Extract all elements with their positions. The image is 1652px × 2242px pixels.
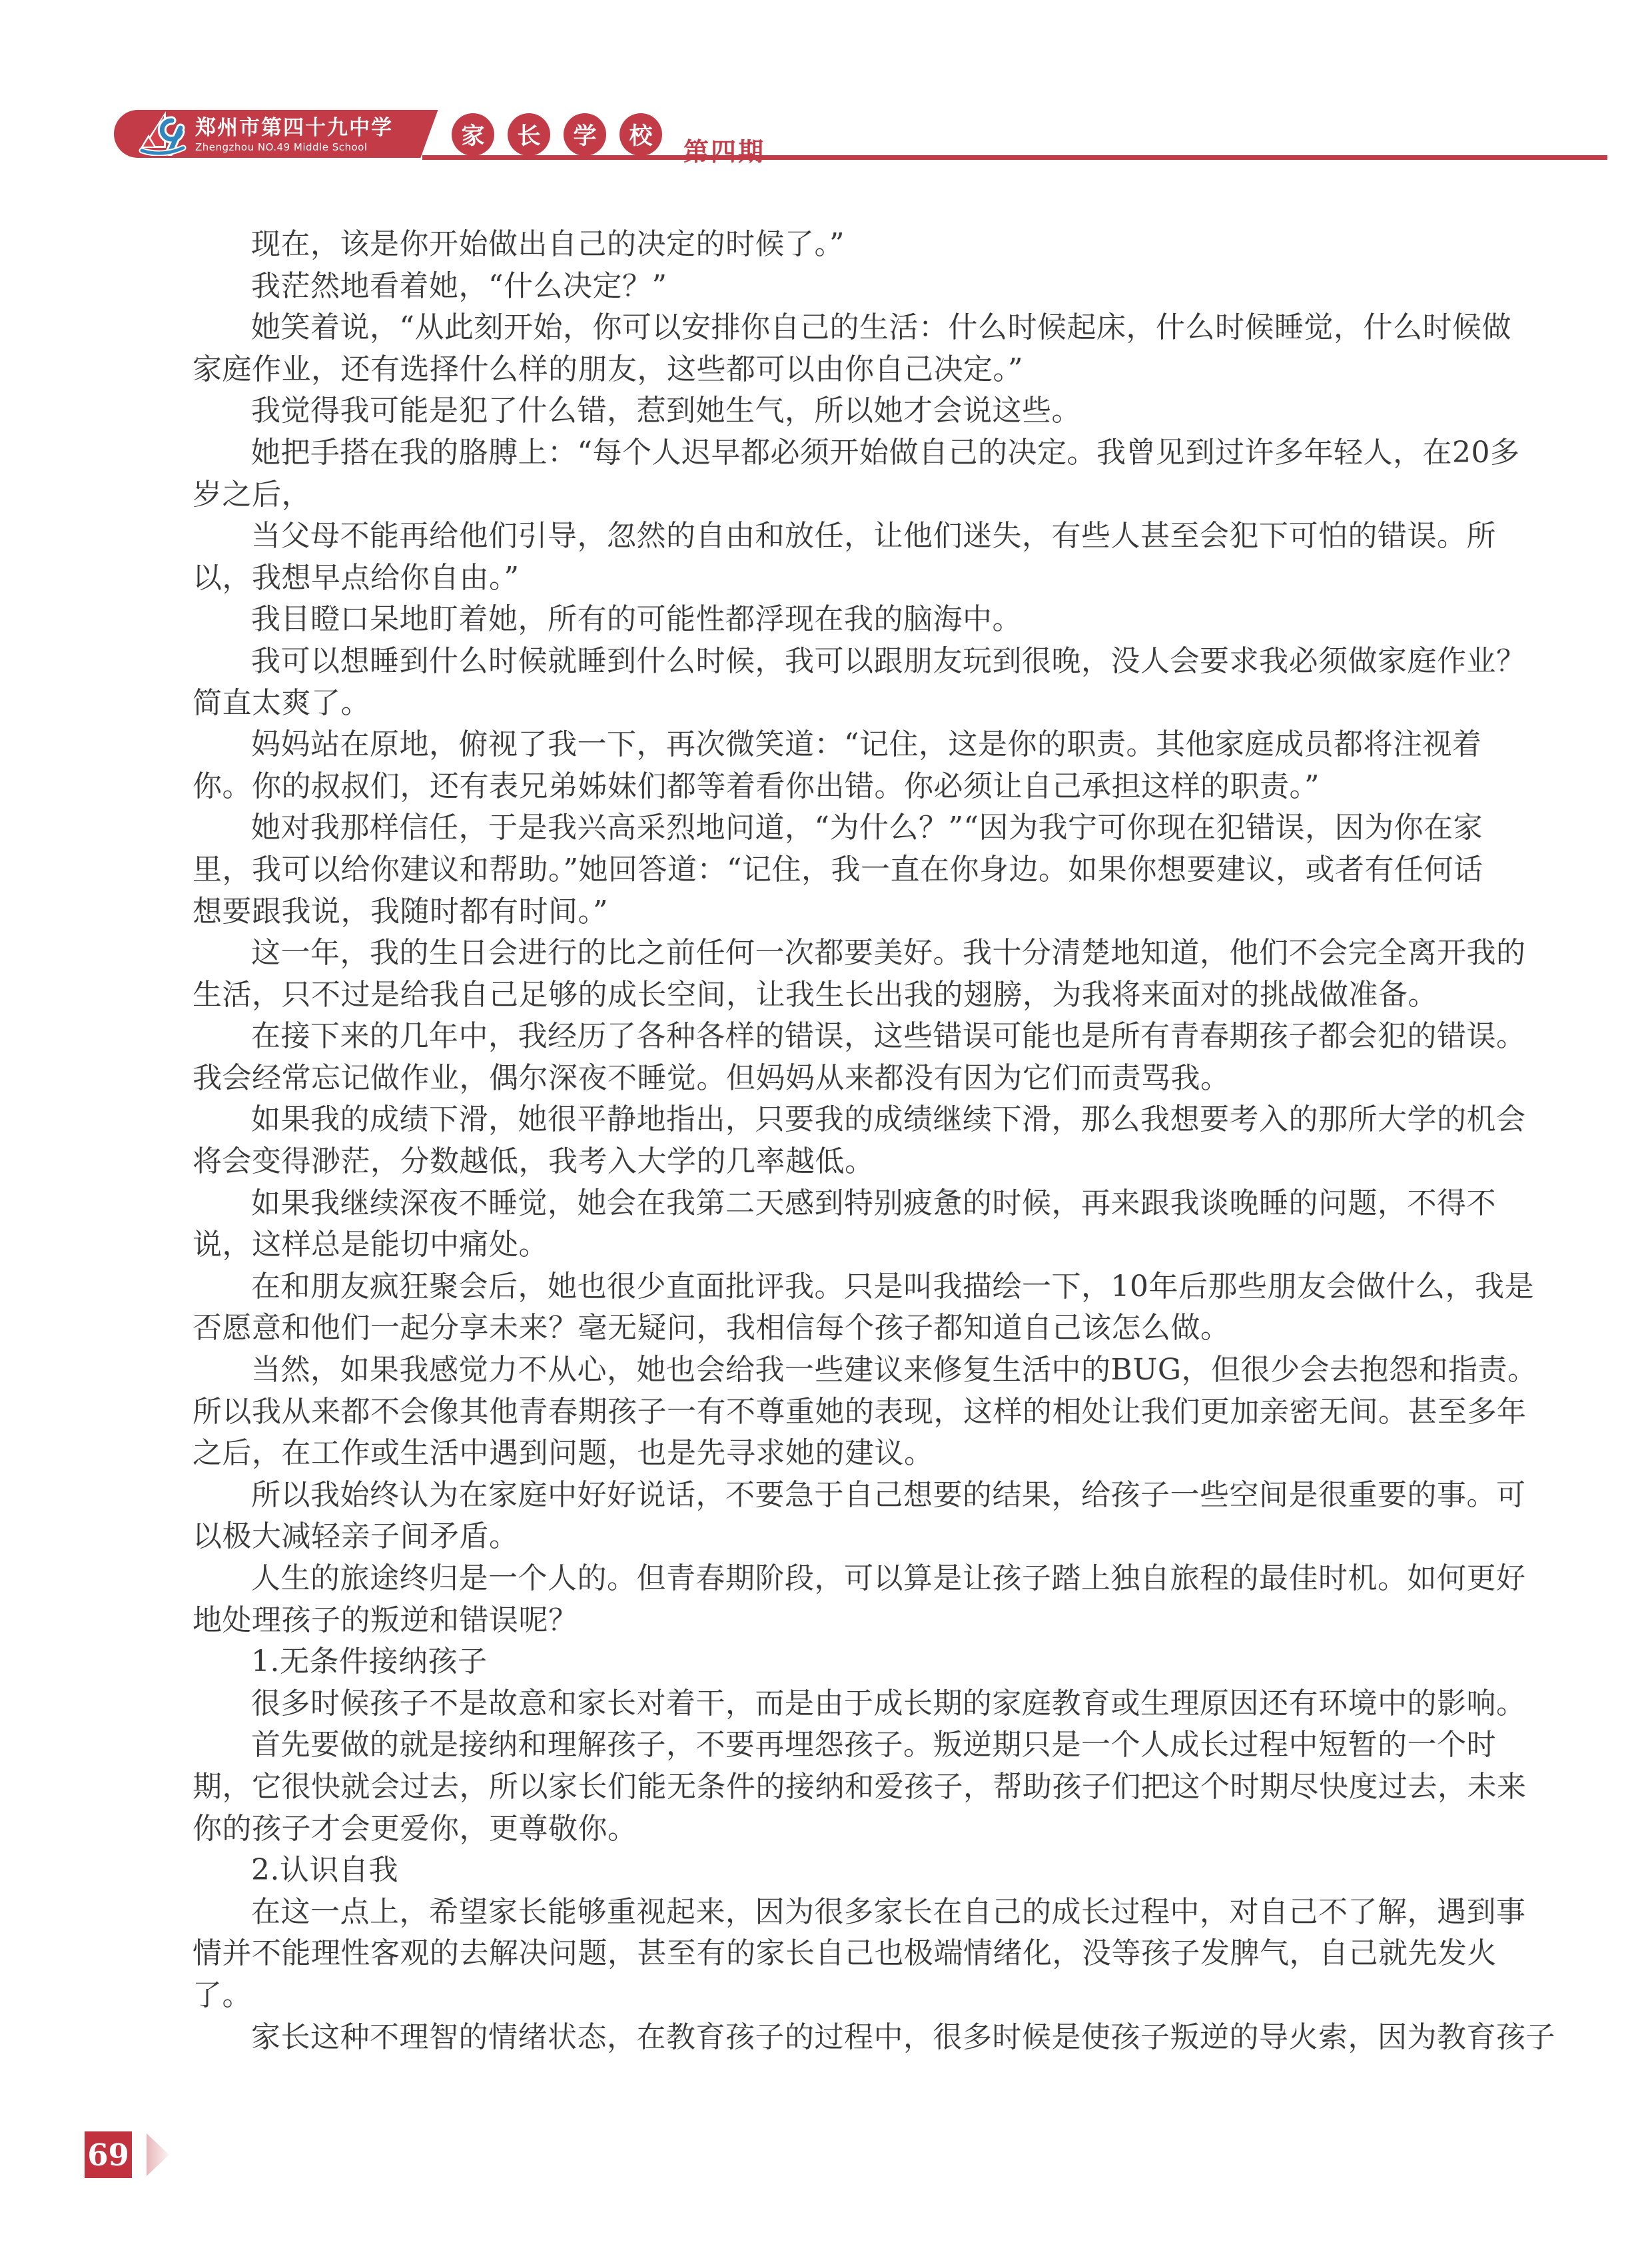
school-name-chinese: 郑州市第四十九中学 bbox=[195, 118, 393, 139]
masthead-rule-line bbox=[422, 155, 1607, 160]
text-line: 否愿意和他们一起分享未来？毫无疑问，我相信每个孩子都知道自己该怎么做。 bbox=[193, 1308, 1488, 1349]
text-line: 以极大减轻亲子间矛盾。 bbox=[193, 1516, 1488, 1558]
text-line: 之后，在工作或生活中遇到问题，也是先寻求她的建议。 bbox=[193, 1433, 1488, 1475]
text-line: 1.无条件接纳孩子 bbox=[193, 1641, 1488, 1683]
text-line: 家庭作业，还有选择什么样的朋友，这些都可以由你自己决定。” bbox=[193, 349, 1488, 391]
text-line: 了。 bbox=[193, 1975, 1488, 2017]
text-line: 所以我从来都不会像其他青春期孩子一有不尊重她的表现，这样的相处让我们更加亲密无间… bbox=[193, 1391, 1488, 1433]
text-line: 很多时候孩子不是故意和家长对着干，而是由于成长期的家庭教育或生理原因还有环境中的… bbox=[193, 1683, 1488, 1725]
school-name-english: Zhengzhou NO.49 Middle School bbox=[195, 143, 393, 153]
text-line: 岁之后， bbox=[193, 474, 1488, 516]
text-line: 如果我继续深夜不睡觉，她会在我第二天感到特别疲惫的时候，再来跟我谈晚睡的问题，不… bbox=[193, 1183, 1488, 1225]
badge-circle: 长 bbox=[508, 113, 550, 156]
page-number-badge: 69 bbox=[85, 2131, 132, 2178]
school-names: 郑州市第四十九中学 Zhengzhou NO.49 Middle School bbox=[195, 118, 393, 153]
text-line: 以，我想早点给你自由。” bbox=[193, 558, 1488, 599]
article-body: 现在，该是你开始做出自己的决定的时候了。” 我茫然地看着她，“什么决定？” 她笑… bbox=[193, 224, 1488, 2058]
text-line: 首先要做的就是接纳和理解孩子，不要再埋怨孩子。叛逆期只是一个人成长过程中短暂的一… bbox=[193, 1724, 1488, 1766]
badge-circle: 家 bbox=[452, 113, 494, 156]
page-number: 69 bbox=[87, 2137, 129, 2173]
text-line: 我觉得我可能是犯了什么错，惹到她生气，所以她才会说这些。 bbox=[193, 390, 1488, 432]
text-line: 简直太爽了。 bbox=[193, 683, 1488, 725]
text-line: 我目瞪口呆地盯着她，所有的可能性都浮现在我的脑海中。 bbox=[193, 599, 1488, 641]
text-line: 你。你的叔叔们，还有表兄弟姊妹们都等着看你出错。你必须让自己承担这样的职责。” bbox=[193, 766, 1488, 808]
text-line: 所以我始终认为在家庭中好好说话，不要急于自己想要的结果，给孩子一些空间是很重要的… bbox=[193, 1475, 1488, 1517]
text-line: 她笑着说，“从此刻开始，你可以安排你自己的生活：什么时候起床，什么时候睡觉，什么… bbox=[193, 307, 1488, 349]
text-line: 你的孩子才会更爱你，更尊敬你。 bbox=[193, 1808, 1488, 1850]
text-line: 情并不能理性客观的去解决问题，甚至有的家长自己也极端情绪化，没等孩子发脾气，自己… bbox=[193, 1933, 1488, 1975]
school-logo-49-icon bbox=[137, 111, 189, 156]
text-line: 这一年，我的生日会进行的比之前任何一次都要美好。我十分清楚地知道，他们不会完全离… bbox=[193, 933, 1488, 974]
text-line: 里，我可以给你建议和帮助。”她回答道：“记住，我一直在你身边。如果你想要建议，或… bbox=[193, 849, 1488, 891]
text-line: 在和朋友疯狂聚会后，她也很少直面批评我。只是叫我描绘一下，10年后那些朋友会做什… bbox=[193, 1266, 1488, 1308]
text-line: 生活，只不过是给我自己足够的成长空间，让我生长出我的翅膀，为我将来面对的挑战做准… bbox=[193, 974, 1488, 1016]
text-line: 期，它很快就会过去，所以家长们能无条件的接纳和爱孩子，帮助孩子们把这个时期尽快度… bbox=[193, 1766, 1488, 1808]
masthead-badges: 家 长 学 校 bbox=[452, 113, 662, 156]
text-line: 在接下来的几年中，我经历了各种各样的错误，这些错误可能也是所有青春期孩子都会犯的… bbox=[193, 1016, 1488, 1058]
text-line: 想要跟我说，我随时都有时间。” bbox=[193, 891, 1488, 933]
text-line: 2.认识自我 bbox=[193, 1850, 1488, 1892]
text-line: 在这一点上，希望家长能够重视起来，因为很多家长在自己的成长过程中，对自己不了解，… bbox=[193, 1892, 1488, 1934]
text-line: 家长这种不理智的情绪状态，在教育孩子的过程中，很多时候是使孩子叛逆的导火索，因为… bbox=[193, 2017, 1488, 2059]
text-line: 妈妈站在原地，俯视了我一下，再次微笑道：“记住，这是你的职责。其他家庭成员都将注… bbox=[193, 724, 1488, 766]
page: 郑州市第四十九中学 Zhengzhou NO.49 Middle School … bbox=[0, 0, 1652, 2242]
footer-arrow-icon bbox=[147, 2133, 169, 2176]
text-line: 地处理孩子的叛逆和错误呢？ bbox=[193, 1600, 1488, 1642]
badge-circle: 校 bbox=[619, 113, 662, 156]
text-line: 人生的旅途终归是一个人的。但青春期阶段，可以算是让孩子踏上独自旅程的最佳时机。如… bbox=[193, 1558, 1488, 1600]
text-line: 我可以想睡到什么时候就睡到什么时候，我可以跟朋友玩到很晚，没人会要求我必须做家庭… bbox=[193, 641, 1488, 683]
text-line: 她把手搭在我的胳膊上：“每个人迟早都必须开始做自己的决定。我曾见到过许多年轻人，… bbox=[193, 432, 1488, 474]
text-line: 她对我那样信任，于是我兴高采烈地问道，“为什么？”“因为我宁可你现在犯错误，因为… bbox=[193, 807, 1488, 849]
issue-label: 第四期 bbox=[683, 131, 765, 168]
badge-circle: 学 bbox=[564, 113, 606, 156]
text-line: 如果我的成绩下滑，她很平静地指出，只要我的成绩继续下滑，那么我想要考入的那所大学… bbox=[193, 1099, 1488, 1141]
text-line: 我会经常忘记做作业，偶尔深夜不睡觉。但妈妈从来都没有因为它们而责骂我。 bbox=[193, 1058, 1488, 1100]
text-line: 我茫然地看着她，“什么决定？” bbox=[193, 266, 1488, 308]
text-line: 当然，如果我感觉力不从心，她也会给我一些建议来修复生活中的BUG，但很少会去抱怨… bbox=[193, 1349, 1488, 1391]
text-line: 当父母不能再给他们引导，忽然的自由和放任，让他们迷失，有些人甚至会犯下可怕的错误… bbox=[193, 516, 1488, 558]
text-line: 现在，该是你开始做出自己的决定的时候了。” bbox=[193, 224, 1488, 266]
text-line: 将会变得渺茫，分数越低，我考入大学的几率越低。 bbox=[193, 1141, 1488, 1183]
text-line: 说，这样总是能切中痛处。 bbox=[193, 1224, 1488, 1266]
